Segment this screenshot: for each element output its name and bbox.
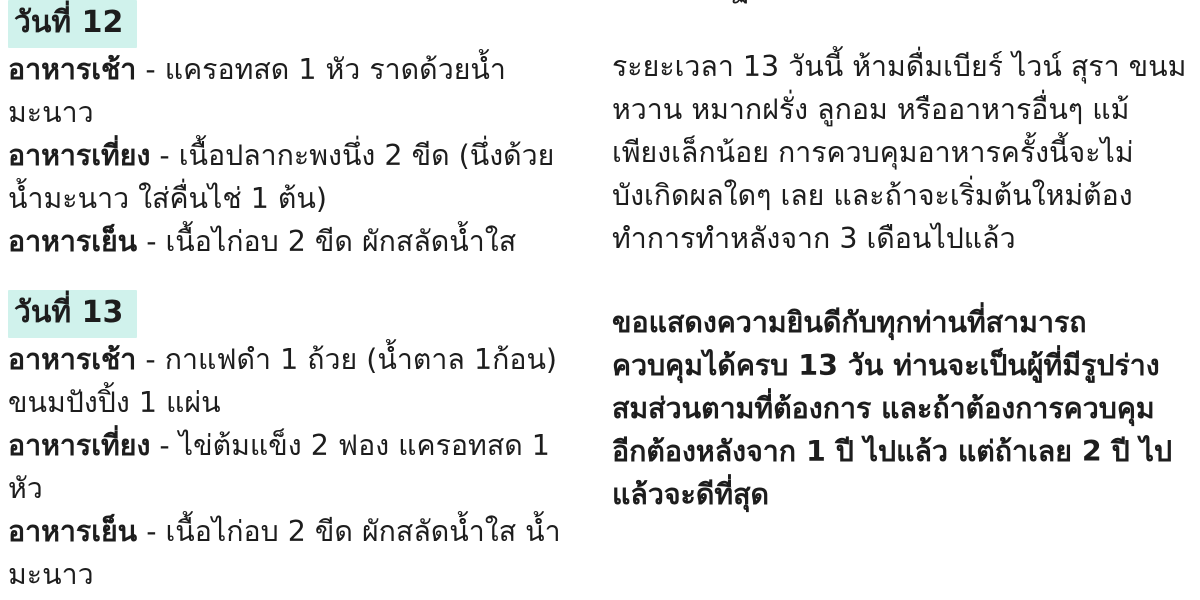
lunch-text: - เนื้อปลากะพงนึ่ง 2 ขีด (นึ่งด้วย [150,139,554,172]
rules-line-5: ทำการทำหลังจาก 3 เดือนไปแล้ว [612,217,1200,260]
rules-line-1: ระยะเวลา 13 วันนี้ ห้ามดื่มเบียร์ ไวน์ ส… [612,45,1200,88]
congrats-line-2: ควบคุมได้ครบ 13 วัน ท่านจะเป็นผู้ที่มีรู… [612,344,1200,387]
rules-line-2: หวาน หมากฝรั่ง ลูกอม หรืออาหารอื่นๆ แม้ [612,88,1200,131]
breakfast-text: - กาแฟดำ 1 ถ้วย (น้ำตาล 1ก้อน) [136,343,557,376]
cropped-text-line-content: ด้วยการปฏิบัติตามที่กล่าวมาแล้วอย่างเคร่… [612,0,1200,10]
congratulations-paragraph: ขอแสดงความยินดีกับทุกท่านที่สามารถ ควบคุ… [612,301,1200,516]
dinner-text: - เนื้อไก่อบ 2 ขีด ผักสลัดน้ำใส [137,225,516,258]
day-13-dinner-line: อาหารเย็น - เนื้อไก่อบ 2 ขีด ผักสลัดน้ำใ… [8,510,604,553]
dinner-label: อาหารเย็น [8,225,137,258]
day-13-heading: วันที่ 13 [8,290,604,338]
rules-paragraph: ระยะเวลา 13 วันนี้ ห้ามดื่มเบียร์ ไวน์ ส… [612,45,1200,260]
day-12-lunch-line-cont: น้ำมะนาว ใส่คื่นไช่ 1 ต้น) [8,177,604,220]
cropped-text-line: ด้วยการปฏิบัติตามที่กล่าวมาแล้วอย่างเคร่… [612,0,1200,10]
meal-plan-column: วันที่ 12 อาหารเช้า - แครอทสด 1 หัว ราดด… [8,0,604,596]
congrats-line-3: สมส่วนตามที่ต้องการ และถ้าต้องการควบคุม [612,387,1200,430]
breakfast-text: - แครอทสด 1 หัว ราดด้วยน้ำ [136,53,506,86]
rules-line-4: บังเกิดผลใดๆ เลย และถ้าจะเริ่มต้นใหม่ต้อ… [612,174,1200,217]
dinner-text: - เนื้อไก่อบ 2 ขีด ผักสลัดน้ำใส น้ำ [137,515,561,548]
breakfast-label: อาหารเช้า [8,53,136,86]
day-12-dinner-line: อาหารเย็น - เนื้อไก่อบ 2 ขีด ผักสลัดน้ำใ… [8,220,604,263]
day-13-lunch-line-cont: หัว [8,467,604,510]
lunch-text: - ไข่ต้มแข็ง 2 ฟอง แครอทสด 1 [150,429,550,462]
day-12-heading: วันที่ 12 [8,0,604,48]
day-12-heading-highlight: วันที่ 12 [8,0,137,48]
congrats-line-4: อีกต้องหลังจาก 1 ปี ไปแล้ว แต่ถ้าเลย 2 ป… [612,430,1200,473]
lunch-label: อาหารเที่ยง [8,429,150,462]
lunch-label: อาหารเที่ยง [8,139,150,172]
day-12-breakfast-line: อาหารเช้า - แครอทสด 1 หัว ราดด้วยน้ำ [8,48,604,91]
day-12-breakfast-line-cont: มะนาว [8,91,604,134]
day-13-dinner-line-cont: มะนาว [8,553,604,596]
day-13-lunch-line: อาหารเที่ยง - ไข่ต้มแข็ง 2 ฟอง แครอทสด 1 [8,424,604,467]
day-13-breakfast-line-cont: ขนมปังปิ้ง 1 แผ่น [8,381,604,424]
day-13-breakfast-line: อาหารเช้า - กาแฟดำ 1 ถ้วย (น้ำตาล 1ก้อน) [8,338,604,381]
day-12-lunch-line: อาหารเที่ยง - เนื้อปลากะพงนึ่ง 2 ขีด (นึ… [8,134,604,177]
rules-line-3: เพียงเล็กน้อย การควบคุมอาหารครั้งนี้จะไม… [612,131,1200,174]
dinner-label: อาหารเย็น [8,515,137,548]
notes-column: ด้วยการปฏิบัติตามที่กล่าวมาแล้วอย่างเคร่… [612,0,1200,516]
day-13-heading-highlight: วันที่ 13 [8,290,137,338]
day-13-section: วันที่ 13 อาหารเช้า - กาแฟดำ 1 ถ้วย (น้ำ… [8,290,604,596]
congrats-line-1: ขอแสดงความยินดีกับทุกท่านที่สามารถ [612,301,1200,344]
day-12-section: วันที่ 12 อาหารเช้า - แครอทสด 1 หัว ราดด… [8,0,604,263]
breakfast-label: อาหารเช้า [8,343,136,376]
congrats-line-5: แล้วจะดีที่สุด [612,473,1200,516]
diet-plan-document: { "page": { "background": "#ffffff", "te… [0,0,1200,600]
